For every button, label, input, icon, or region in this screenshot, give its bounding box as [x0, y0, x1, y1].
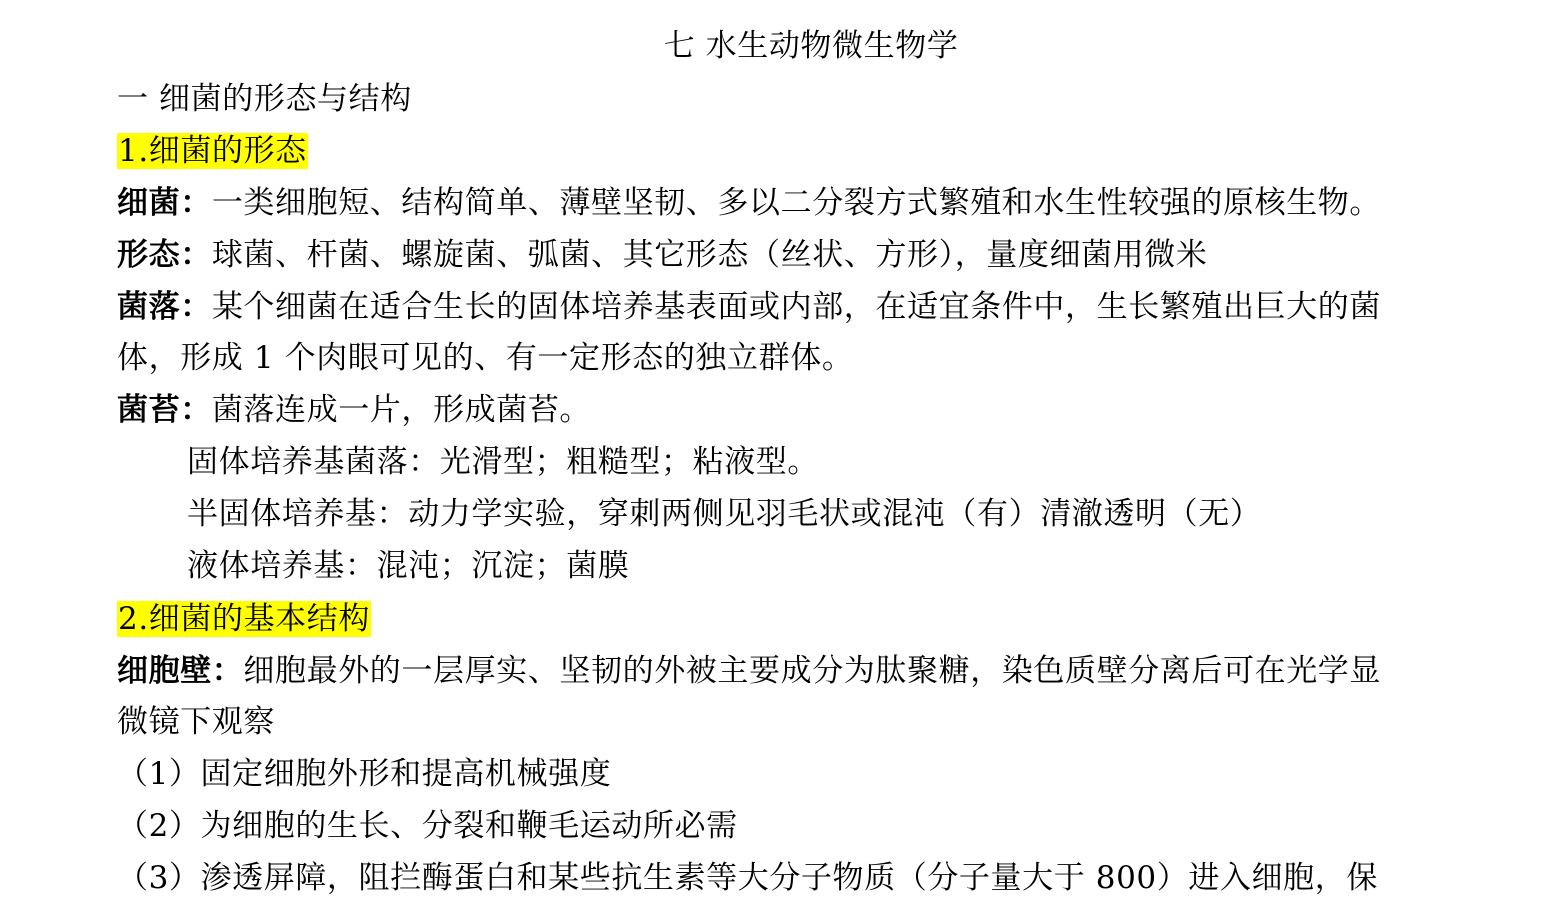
definition-text: 球菌、杆菌、螺旋菌、弧菌、其它形态（丝状、方形），量度细菌用微米 [212, 237, 1208, 273]
section-heading: 一 细菌的形态与结构 [117, 79, 412, 119]
item-text: 渗透屏障，阻拦酶蛋白和某些抗生素等大分子物质（分子量大于 800）进入细胞，保 [201, 860, 1378, 896]
item-number: （2） [117, 808, 201, 844]
culture-note-liquid: 液体培养基：混沌；沉淀；菌膜 [187, 546, 629, 586]
definition-cell-wall-continuation: 微镜下观察 [117, 702, 275, 742]
definition-morphology: 形态：球菌、杆菌、螺旋菌、弧菌、其它形态（丝状、方形），量度细菌用微米 [117, 235, 1208, 275]
definition-term: 菌落： [117, 289, 212, 325]
definition-term: 形态： [117, 237, 212, 273]
culture-note-semisolid: 半固体培养基：动力学实验，穿刺两侧见羽毛状或混沌（有）清澈透明（无） [187, 494, 1261, 534]
item-text: 固定细胞外形和提高机械强度 [201, 756, 612, 792]
definition-term: 菌苔： [117, 392, 212, 428]
highlighted-heading: 2.细菌的基本结构 [117, 601, 371, 637]
subsection-heading-structure: 2.细菌的基本结构 [117, 599, 371, 639]
function-item-3: （3）渗透屏障，阻拦酶蛋白和某些抗生素等大分子物质（分子量大于 800）进入细胞… [117, 858, 1378, 898]
definition-text: 细胞最外的一层厚实、坚韧的外被主要成分为肽聚糖，染色质壁分离后可在光学显 [243, 653, 1381, 689]
definition-term: 细菌： [117, 185, 212, 221]
document-page: 七 水生动物微生物学 一 细菌的形态与结构 1.细菌的形态 细菌：一类细胞短、结… [0, 0, 1558, 912]
definition-text: 某个细菌在适合生长的固体培养基表面或内部，在适宜条件中，生长繁殖出巨大的菌 [212, 289, 1381, 325]
definition-colony: 菌落：某个细菌在适合生长的固体培养基表面或内部，在适宜条件中，生长繁殖出巨大的菌 [117, 287, 1381, 327]
document-title: 七 水生动物微生物学 [0, 26, 1558, 66]
function-item-2: （2）为细胞的生长、分裂和鞭毛运动所必需 [117, 806, 738, 846]
function-item-1: （1）固定细胞外形和提高机械强度 [117, 754, 611, 794]
culture-note-solid: 固体培养基菌落：光滑型；粗糙型；粘液型。 [187, 442, 819, 482]
definition-cell-wall: 细胞壁：细胞最外的一层厚实、坚韧的外被主要成分为肽聚糖，染色质壁分离后可在光学显 [117, 651, 1381, 691]
definition-lawn: 菌苔：菌落连成一片，形成菌苔。 [117, 390, 591, 430]
highlighted-heading: 1.细菌的形态 [117, 133, 308, 169]
definition-bacteria: 细菌：一类细胞短、结构简单、薄壁坚韧、多以二分裂方式繁殖和水生性较强的原核生物。 [117, 183, 1381, 223]
definition-text: 菌落连成一片，形成菌苔。 [212, 392, 591, 428]
definition-text: 一类细胞短、结构简单、薄壁坚韧、多以二分裂方式繁殖和水生性较强的原核生物。 [212, 185, 1381, 221]
subsection-heading-morphology: 1.细菌的形态 [117, 131, 308, 171]
definition-colony-continuation: 体，形成 1 个肉眼可见的、有一定形态的独立群体。 [117, 338, 853, 378]
item-text: 为细胞的生长、分裂和鞭毛运动所必需 [201, 808, 738, 844]
item-number: （3） [117, 860, 201, 896]
item-number: （1） [117, 756, 201, 792]
definition-term: 细胞壁： [117, 653, 243, 689]
